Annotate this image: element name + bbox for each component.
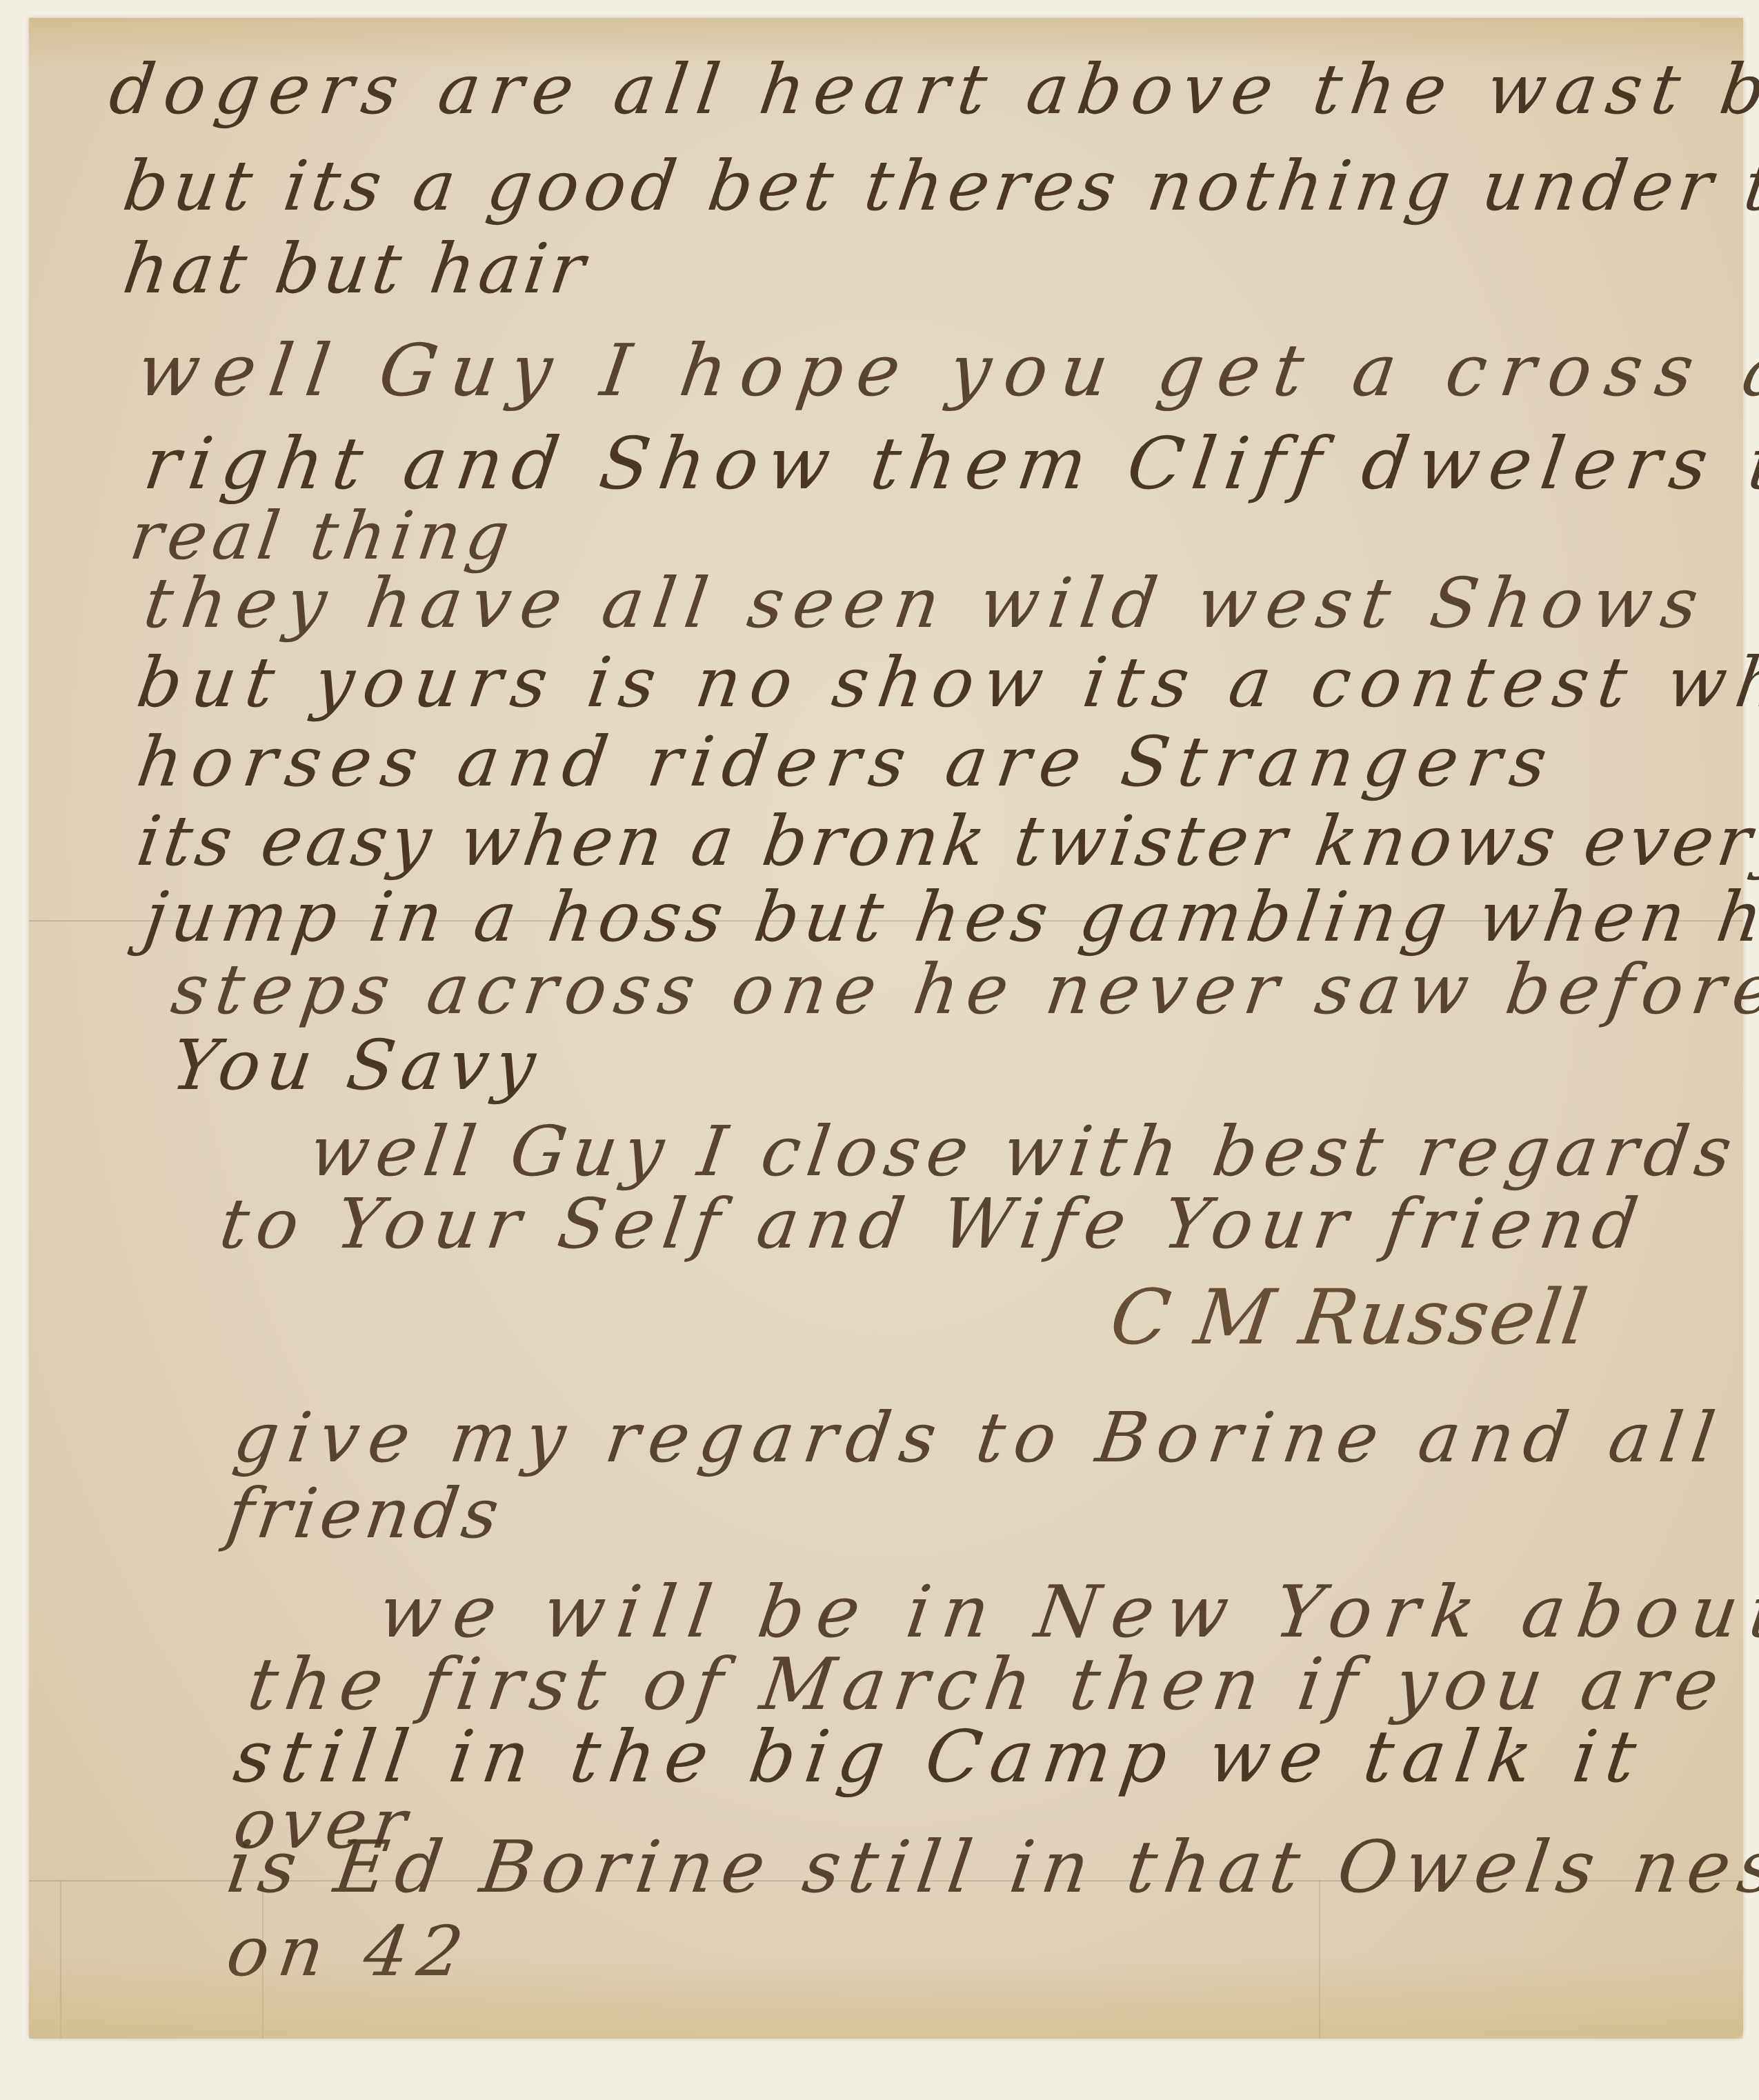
letter-line: You Savy — [167, 1025, 547, 1106]
postscript-line: give my regards to Borine and all — [229, 1397, 1729, 1478]
letter-line: hat but hair — [119, 228, 594, 309]
letter-line: steps across one he never saw before — [167, 949, 1759, 1030]
postscript-line: still in the big Camp we talk it — [229, 1714, 1651, 1799]
letter-line: well Guy I close with best regards — [305, 1111, 1744, 1192]
letter-body: dogers are all heart above the wast band… — [29, 18, 1743, 2039]
letter-line: dogers are all heart above the wast band — [105, 49, 1759, 130]
letter-page: dogers are all heart above the wast band… — [29, 18, 1743, 2039]
letter-line: horses and riders are Strangers — [132, 721, 1561, 802]
letter-line: but its a good bet theres nothing under … — [119, 146, 1759, 226]
letter-line: they have all seen wild west Shows — [139, 563, 1713, 643]
postscript-line: on 42 — [222, 1911, 477, 1992]
letter-line: right and Show them Cliff dwelers the — [139, 421, 1759, 506]
postscript-line: the first of March then if you are — [243, 1642, 1732, 1726]
letter-line: but yours is no show its a contest where — [132, 642, 1759, 723]
postscript-line: we will be in New York about — [374, 1570, 1759, 1654]
letter-line: to Your Self and Wife Your friend — [215, 1183, 1651, 1264]
letter-line: jump in a hoss but hes gambling when he — [139, 877, 1759, 957]
letter-line: its easy when a bronk twister knows ever… — [132, 801, 1759, 881]
signature: C M Russell — [1105, 1273, 1594, 1361]
letter-line: well Guy I hope you get a cross all — [132, 328, 1759, 412]
postscript-line: is Ed Borine still in that Owels nest — [222, 1825, 1759, 1909]
postscript-line: friends — [222, 1473, 508, 1554]
